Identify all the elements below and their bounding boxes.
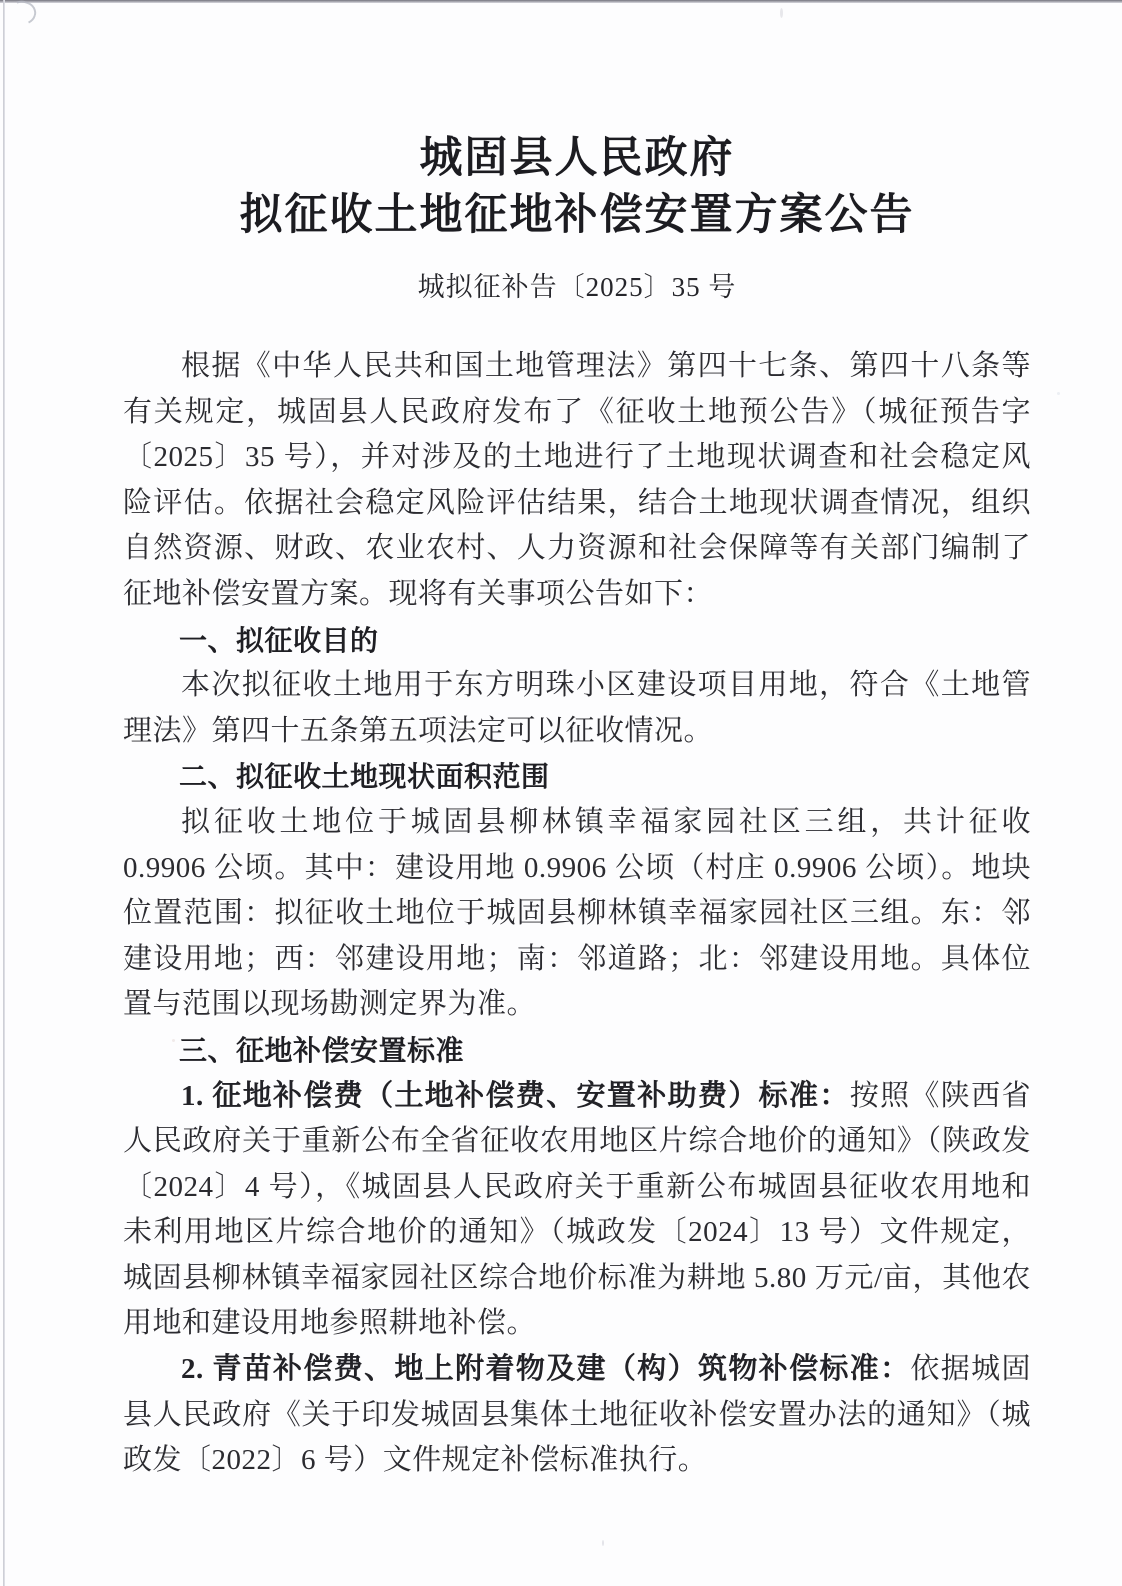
section-heading-2: 二、拟征收土地现状面积范围 (123, 754, 1031, 800)
document-header: 城固县人民政府 拟征收土地征地补偿安置方案公告 城拟征补告〔2025〕35 号 (123, 130, 1031, 306)
paragraph-intro: 根据《中华人民共和国土地管理法》第四十七条、第四十八条等有关规定，城固县人民政府… (123, 344, 1031, 618)
document-title: 城固县人民政府 拟征收土地征地补偿安置方案公告 (123, 130, 1031, 244)
document-body: 根据《中华人民共和国土地管理法》第四十七条、第四十八条等有关规定，城固县人民政府… (123, 344, 1031, 1484)
paragraph-purpose: 本次拟征收土地用于东方明珠小区建设项目用地，符合《土地管理法》第四十五条第五项法… (123, 663, 1031, 754)
title-line-2: 拟征收土地征地补偿安置方案公告 (123, 187, 1031, 244)
scan-corner-artifact (7, 0, 39, 28)
paragraph-text: 按照《陕西省人民政府关于重新公布全省征收农用地区片综合地价的通知》（陕政发〔20… (123, 1080, 1031, 1340)
scan-left-edge (3, 0, 5, 1586)
scan-speckle (1057, 392, 1060, 395)
paragraph-lead: 1. 征地补偿费（土地补偿费、安置补助费）标准： (181, 1080, 850, 1112)
scanned-document-page: { "document": { "title_line1": "城固县人民政府"… (0, 0, 1122, 1586)
section-heading-1: 一、拟征收目的 (123, 618, 1031, 664)
section-heading-3: 三、征地补偿安置标准 (123, 1028, 1031, 1074)
title-line-1: 城固县人民政府 (123, 130, 1031, 187)
document-number: 城拟征补告〔2025〕35 号 (123, 268, 1031, 306)
paragraph-area-scope: 拟征收土地位于城固县柳林镇幸福家园社区三组，共计征收 0.9906 公顷。其中：… (123, 800, 1031, 1028)
announcement-document: 城固县人民政府 拟征收土地征地补偿安置方案公告 城拟征补告〔2025〕35 号 … (123, 0, 1031, 1484)
paragraph-compensation-standard: 1. 征地补偿费（土地补偿费、安置补助费）标准：按照《陕西省人民政府关于重新公布… (123, 1074, 1031, 1348)
paragraph-lead: 2. 青苗补偿费、地上附着物及建（构）筑物补偿标准： (181, 1353, 910, 1385)
scan-speckle (602, 1540, 604, 1546)
paragraph-crop-compensation: 2. 青苗补偿费、地上附着物及建（构）筑物补偿标准：依据城固县人民政府《关于印发… (123, 1347, 1031, 1484)
